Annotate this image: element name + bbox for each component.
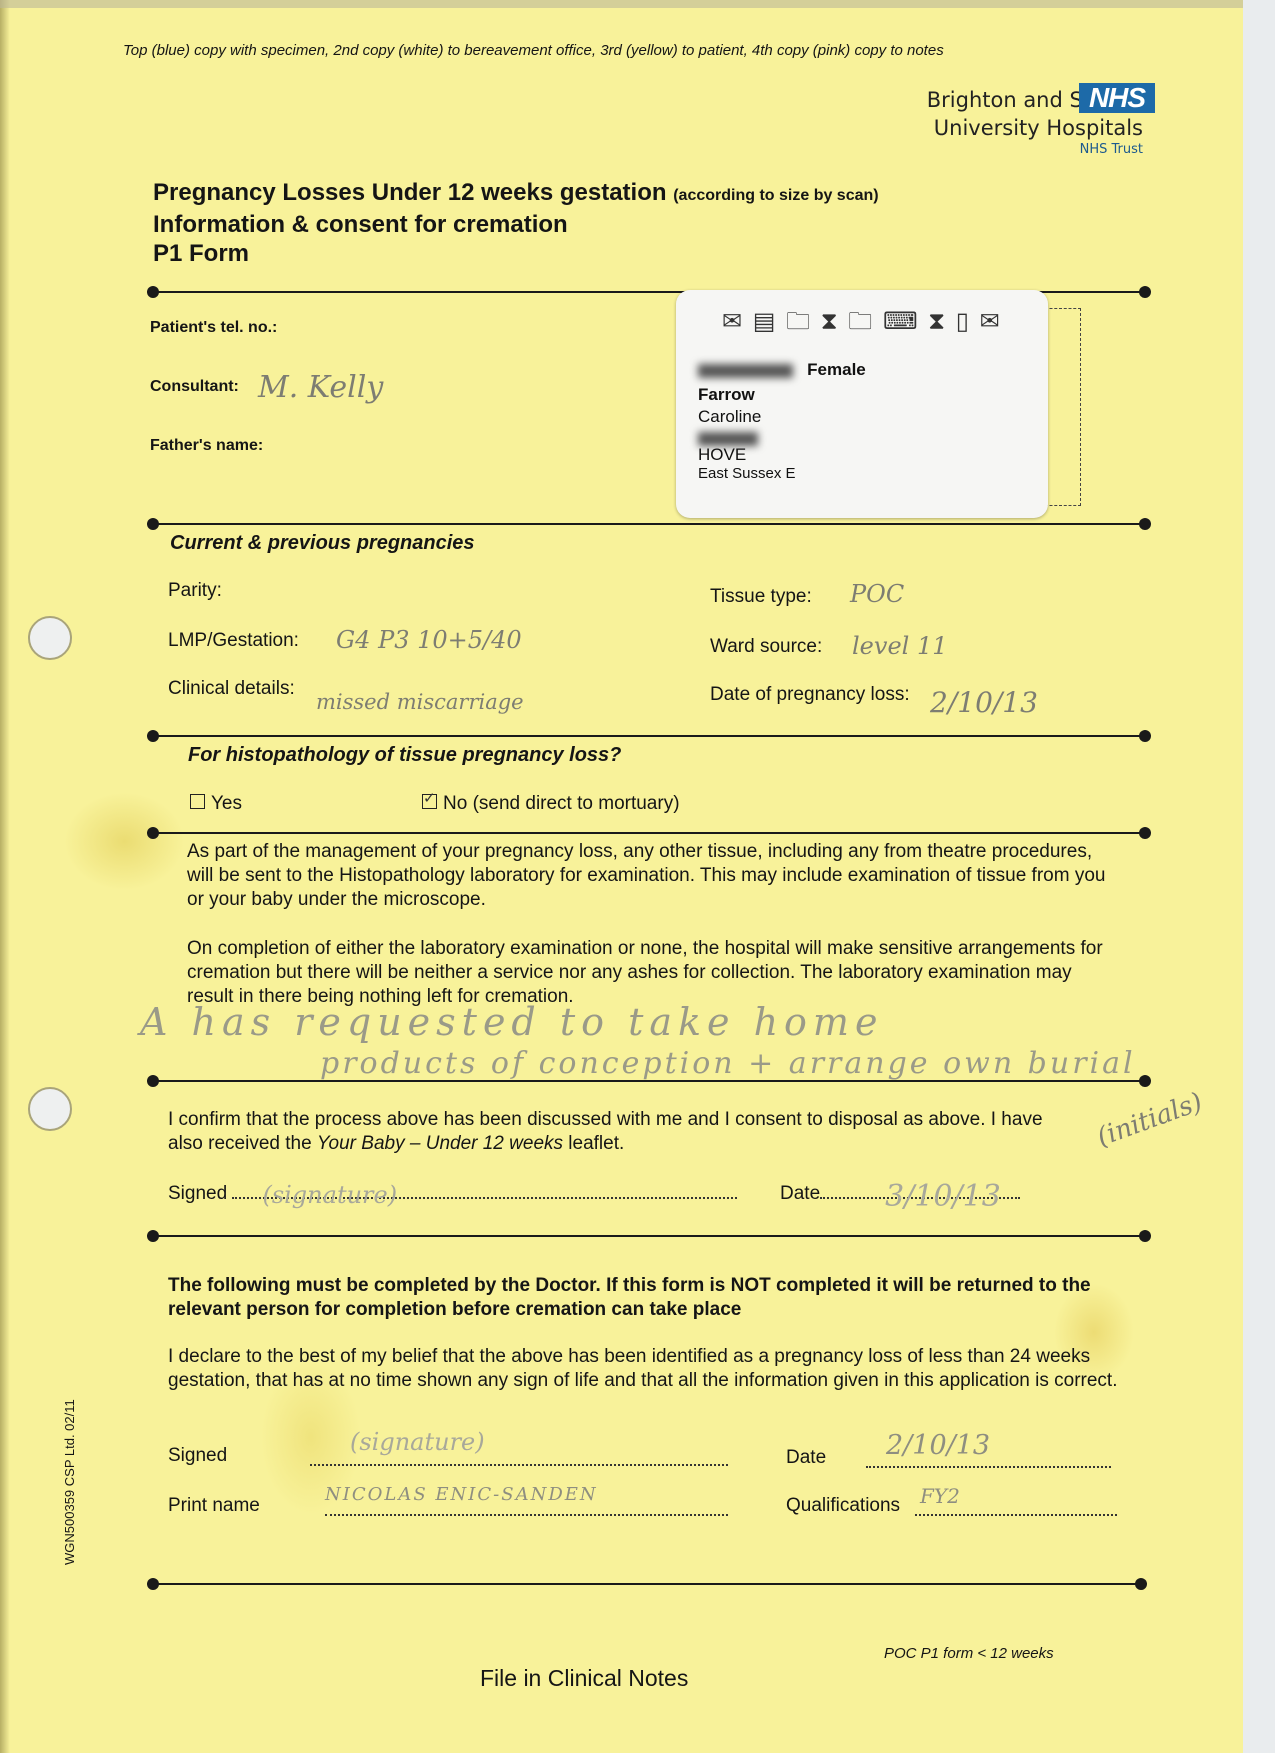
redacted-address	[698, 432, 758, 446]
form-page: Top (blue) copy with specimen, 2nd copy …	[0, 0, 1243, 1753]
handwritten-note-1: A has requested to take home	[140, 1000, 883, 1044]
lmp-label: LMP/Gestation:	[168, 630, 299, 652]
doctor-date: 2/10/13	[886, 1430, 990, 1461]
doctor-warning: The following must be completed by the D…	[168, 1274, 1158, 1322]
divider	[153, 735, 1145, 737]
title-note: (according to size by scan)	[673, 187, 878, 204]
info-paragraph-2: On completion of either the laboratory e…	[187, 937, 1107, 1009]
no-checkbox[interactable]	[422, 794, 437, 809]
title-line-2: Information & consent for cremation	[153, 210, 879, 239]
sex: Female	[807, 360, 866, 379]
patient-date-field[interactable]: 3/10/13	[820, 1197, 1020, 1199]
patient-signature-field[interactable]: (signature)	[232, 1197, 737, 1199]
histopathology-question: For histopathology of tissue pregnancy l…	[188, 744, 621, 767]
tissue-label: Tissue type:	[710, 586, 812, 608]
patient-date-row: Date3/10/13	[780, 1183, 1020, 1205]
patient-sticker: ✉ ▤ 🗀 ⧗ 🗀 ⌨ ⧗ ▯ ✉ Female Farrow Caroline…	[676, 290, 1048, 518]
town: HOVE	[698, 445, 746, 465]
date-label: Date	[780, 1183, 820, 1204]
side-code: WGN500359 CSP Ltd. 02/11	[62, 1399, 77, 1565]
father-label: Father's name:	[150, 437, 263, 455]
qualifications-field[interactable]: FY2	[915, 1498, 1117, 1521]
doctor-signature: (signature)	[350, 1428, 485, 1456]
patient-date: 3/10/13	[885, 1179, 1001, 1214]
parity-label: Parity:	[168, 580, 222, 602]
doctor-date-label: Date	[786, 1447, 826, 1469]
doctor-declaration: I declare to the best of my belief that …	[168, 1345, 1153, 1393]
patient-signed-row: Signed (signature)	[168, 1183, 737, 1205]
divider	[153, 1583, 1141, 1585]
print-name-value: NICOLAS ENIC-SANDEN	[325, 1484, 598, 1505]
loss-date-label: Date of pregnancy loss:	[710, 684, 910, 706]
loss-date-field[interactable]: 2/10/13	[930, 686, 1038, 719]
punch-hole	[28, 1087, 72, 1131]
no-option[interactable]: No (send direct to mortuary)	[422, 793, 680, 815]
nhs-logo: NHS	[1079, 83, 1155, 113]
tissue-field[interactable]: POC	[850, 580, 904, 608]
no-label: No (send direct to mortuary)	[443, 793, 680, 814]
clinical-label: Clinical details:	[168, 678, 295, 700]
divider	[153, 1080, 1145, 1082]
consultant-field[interactable]: M. Kelly	[258, 370, 383, 405]
county: East Sussex E	[698, 465, 796, 482]
print-name-field[interactable]: NICOLAS ENIC-SANDEN	[325, 1498, 728, 1521]
office-icons: ✉ ▤ 🗀 ⧗ 🗀 ⌨ ⧗ ▯ ✉	[722, 304, 1002, 345]
leaflet-name: Your Baby – Under 12 weeks	[317, 1133, 563, 1154]
divider	[153, 832, 1145, 834]
punch-hole	[28, 616, 72, 660]
patient-signature: (signature)	[262, 1181, 397, 1209]
trust-line-3: NHS Trust	[927, 142, 1143, 157]
info-paragraph-1: As part of the management of your pregna…	[187, 840, 1107, 912]
doctor-date-field[interactable]: 2/10/13	[866, 1450, 1111, 1473]
lmp-field[interactable]: G4 P3 10+5/40	[336, 626, 522, 654]
yes-checkbox[interactable]	[190, 794, 205, 809]
clinical-field[interactable]: missed miscarriage	[316, 690, 524, 714]
torn-edge	[0, 0, 1243, 8]
doctor-signature-field[interactable]: (signature)	[310, 1448, 728, 1471]
ward-field[interactable]: level 11	[852, 632, 947, 660]
copy-instructions: Top (blue) copy with specimen, 2nd copy …	[123, 42, 944, 59]
yes-option[interactable]: Yes	[190, 793, 242, 815]
file-note: File in Clinical Notes	[480, 1665, 688, 1692]
qualifications-value: FY2	[920, 1484, 960, 1508]
form-title: Pregnancy Losses Under 12 weeks gestatio…	[153, 178, 879, 268]
divider	[153, 523, 1145, 525]
qualifications-label: Qualifications	[786, 1495, 900, 1517]
consent-text-end: leaflet.	[563, 1133, 624, 1154]
pregnancies-heading: Current & previous pregnancies	[170, 532, 475, 555]
ward-label: Ward source:	[710, 636, 822, 658]
redacted-dob	[698, 364, 793, 378]
forename: Caroline	[698, 407, 761, 427]
surname: Farrow	[698, 385, 755, 405]
title-line-1: Pregnancy Losses Under 12 weeks gestatio…	[153, 179, 667, 206]
consultant-label: Consultant:	[150, 378, 239, 396]
divider	[153, 1235, 1145, 1237]
signed-label: Signed	[168, 1183, 227, 1204]
title-line-3: P1 Form	[153, 239, 879, 268]
form-code: POC P1 form < 12 weeks	[884, 1645, 1054, 1662]
handwritten-note-2: products of conception + arrange own bur…	[320, 1046, 1136, 1081]
trust-line-2: University Hospitals	[927, 114, 1143, 142]
yes-label: Yes	[211, 793, 242, 814]
consent-statement: I confirm that the process above has bee…	[168, 1108, 1048, 1156]
doctor-signed-label: Signed	[168, 1445, 227, 1467]
tel-label: Patient's tel. no.:	[150, 319, 277, 337]
print-name-label: Print name	[168, 1495, 260, 1517]
margin-initials: (initials)	[1093, 1087, 1206, 1153]
